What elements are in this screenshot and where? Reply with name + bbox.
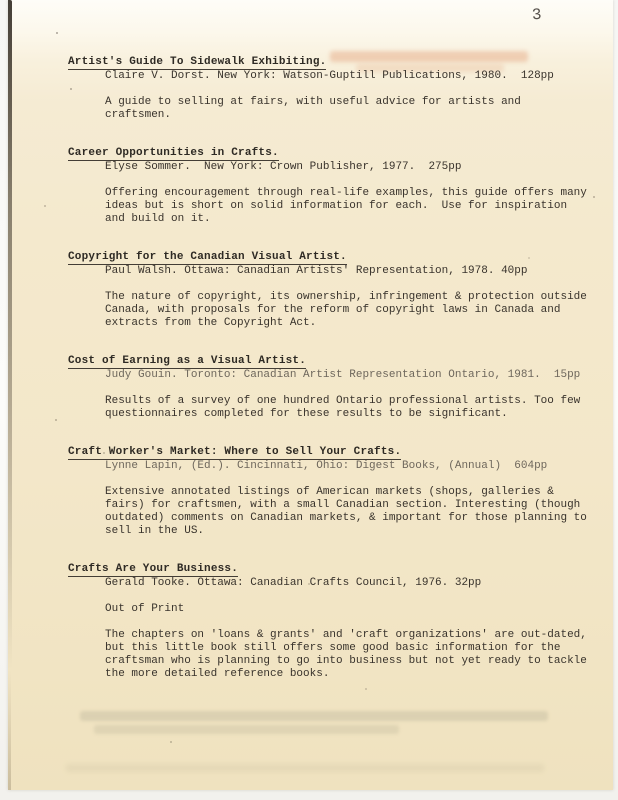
entry-title: Copyright for the Canadian Visual Artist… [68,251,347,265]
entry-citation: Elyse Sommer. New York: Crown Publisher,… [105,161,588,174]
scan-edge-shadow [8,0,12,670]
entry-annotation: Offering encouragement through real-life… [105,187,588,226]
scanned-page: 3 Artist's Guide To Sidewalk Exhibiting.… [0,0,618,800]
bibliography-entry: Copyright for the Canadian Visual Artist… [68,251,588,330]
bibliography-entry: Craft Worker's Market: Where to Sell You… [68,446,588,538]
entry-title: Craft Worker's Market: Where to Sell You… [68,446,401,460]
entry-title: Cost of Earning as a Visual Artist. [68,355,306,369]
entry-title: Career Opportunities in Crafts. [68,147,279,161]
bleed-through-text [80,711,548,721]
bibliography-entry: Artist's Guide To Sidewalk Exhibiting. C… [68,56,588,122]
entry-citation: Claire V. Dorst. New York: Watson-Guptil… [105,70,588,83]
entry-citation: Judy Gouin. Toronto: Canadian Artist Rep… [105,369,588,382]
entry-title: Artist's Guide To Sidewalk Exhibiting. [68,56,326,70]
entry-annotation: Results of a survey of one hundred Ontar… [105,395,588,421]
entry-annotation: A guide to selling at fairs, with useful… [105,96,588,122]
bibliography-list: Artist's Guide To Sidewalk Exhibiting. C… [68,56,588,706]
entry-citation: Lynne Lapin, (Ed.). Cincinnati, Ohio: Di… [105,460,588,473]
bibliography-entry: Crafts Are Your Business. Gerald Tooke. … [68,563,588,681]
entry-annotation: The nature of copyright, its ownership, … [105,291,588,330]
scan-edge-shadow-bottom [8,670,11,790]
entry-status: Out of Print [105,603,588,616]
page-number: 3 [531,6,542,25]
entry-citation: Gerald Tooke. Ottawa: Canadian Crafts Co… [105,577,588,590]
entry-title: Crafts Are Your Business. [68,563,238,577]
entry-annotation: The chapters on 'loans & grants' and 'cr… [105,629,588,681]
bibliography-entry: Cost of Earning as a Visual Artist. Judy… [68,355,588,421]
paper-sheet: 3 Artist's Guide To Sidewalk Exhibiting.… [8,0,613,790]
scan-specks [8,0,10,2]
bleed-through-text [66,764,544,772]
bibliography-entry: Career Opportunities in Crafts. Elyse So… [68,147,588,226]
entry-citation: Paul Walsh. Ottawa: Canadian Artists' Re… [105,265,588,278]
bleed-through-text [94,725,399,734]
entry-annotation: Extensive annotated listings of American… [105,486,588,538]
